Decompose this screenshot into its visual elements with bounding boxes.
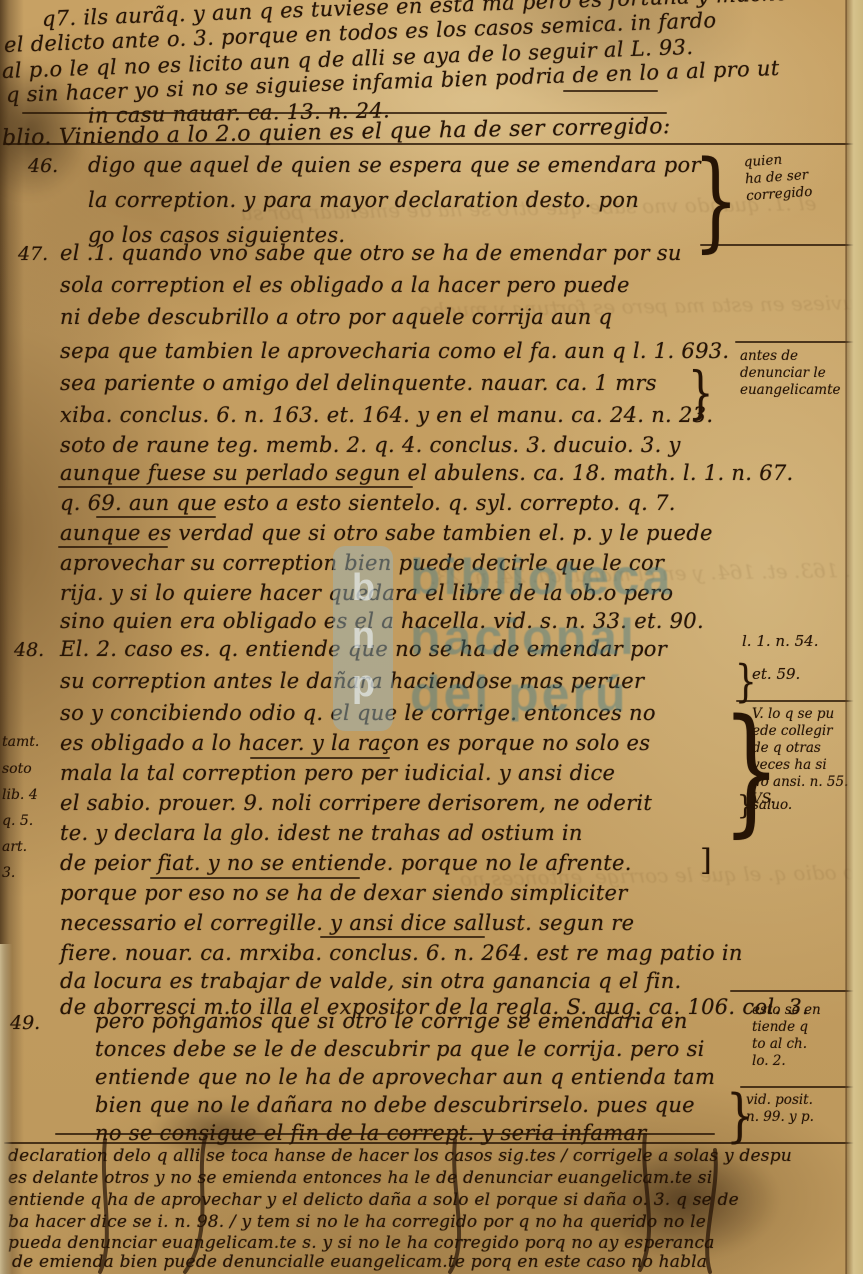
manuscript-line: q. 69. aun que esto a esto sientelo. q. …: [60, 490, 676, 516]
margin-rule: [740, 1086, 862, 1088]
margin-citation-left: soto lib. 4 q. 5. art. 3.: [2, 756, 38, 886]
underline: [22, 112, 667, 114]
manuscript-line: sepa que tambien le aprovecharia como el…: [60, 338, 729, 364]
margin-bracket: ]: [700, 846, 712, 876]
margin-note: vid. posit. n. 99. y p.: [746, 1092, 814, 1126]
manuscript-line: es obligado a lo hacer. y la raçon es po…: [60, 730, 650, 756]
margin-note-left: tamt.: [2, 734, 39, 751]
manuscript-line: sino quien era obligado es el a hacella.…: [60, 608, 704, 634]
paragraph-number: 46.: [28, 155, 58, 177]
manuscript-line: mala la tal correption pero per iudicial…: [60, 760, 615, 786]
page-edge: [0, 944, 12, 1274]
manuscript-line: El. 2. caso es. q. entiende que no se ha…: [60, 636, 667, 662]
manuscript-line: ni debe descubrillo a otro por aquele co…: [60, 304, 612, 330]
manuscript-line: su correption antes le dañara haciendose…: [60, 668, 644, 694]
manuscript-line: la correption. y para mayor declaration …: [88, 187, 639, 213]
addendum-line: es delante otros y no se emienda entonce…: [8, 1168, 712, 1188]
paragraph-number: 49.: [10, 1012, 40, 1034]
manuscript-line: tonces debe se le de descubrir pa que le…: [95, 1036, 705, 1062]
page-edge: [846, 0, 863, 1274]
manuscript-page: el .1. quando vno sabe que otro se ha de…: [0, 0, 863, 1274]
manuscript-line: aunque fuese su perlado segun el abulens…: [60, 460, 794, 486]
addendum-line: de emienda bien puede denuncialle euange…: [12, 1252, 707, 1272]
manuscript-line: fiere. nouar. ca. mrxiba. conclus. 6. n.…: [60, 940, 743, 966]
manuscript-line: te. y declara la glo. idest ne trahas ad…: [60, 820, 583, 846]
manuscript-line: bien que no le dañara no debe descubrirs…: [95, 1092, 695, 1118]
underline: [58, 486, 413, 488]
underline: [320, 936, 485, 938]
addendum-line: entiende q ha de aprovechar y el delicto…: [8, 1190, 739, 1210]
paragraph-number: 48.: [14, 639, 44, 661]
manuscript-line: pero pongamos que si otro le corrige se …: [95, 1008, 688, 1034]
paragraph-number: 47.: [18, 243, 48, 265]
margin-note: esto se en tiende q to al ch. lo. 2.: [752, 1002, 821, 1070]
manuscript-line: sola correption el es obligado a la hace…: [60, 272, 630, 298]
separator-rule: [4, 1142, 860, 1144]
underline: [250, 757, 390, 759]
page-crease: [845, 0, 847, 1274]
manuscript-line: de peior fiat. y no se entiende. porque …: [60, 850, 632, 876]
margin-citation: et. 59.: [752, 666, 800, 683]
manuscript-line: el sabio. prouer. 9. noli corripere deri…: [60, 790, 652, 816]
manuscript-line: necessario el corregille. y ansi dice sa…: [60, 910, 634, 936]
manuscript-line: soto de raune teg. memb. 2. q. 4. conclu…: [60, 432, 681, 458]
manuscript-line: sea pariente o amigo del delinquente. na…: [60, 370, 657, 396]
margin-brace: }: [693, 146, 739, 254]
manuscript-line: da locura es trabajar de valde, sin otra…: [60, 968, 682, 994]
underline: [563, 90, 658, 92]
margin-rule: [735, 341, 861, 343]
margin-note: saluo.: [752, 797, 792, 814]
addendum-line: declaration delo q alli se toca hanse de…: [8, 1146, 792, 1166]
manuscript-line: rija. y si lo quiere hacer quedara el li…: [60, 580, 673, 606]
margin-rule: [730, 990, 860, 992]
margin-rule: [700, 244, 860, 246]
margin-citation: l. 1. n. 54.: [742, 633, 818, 650]
underline: [96, 516, 216, 518]
manuscript-line: digo que aquel de quien se espera que se…: [88, 152, 701, 178]
separator-rule: [55, 1133, 715, 1135]
underline: [150, 877, 360, 879]
margin-brace: }: [688, 366, 713, 422]
manuscript-line: aunque es verdad que si otro sabe tambie…: [60, 520, 713, 546]
margin-note: antes de denunciar le euangelicamte: [740, 348, 841, 399]
margin-note: quien ha de ser corregido: [743, 150, 813, 206]
manuscript-line: el .1. quando vno sabe que otro se ha de…: [60, 240, 682, 266]
manuscript-line: xiba. conclus. 6. n. 163. et. 164. y en …: [60, 402, 713, 428]
manuscript-line: entiende que no le ha de aprovechar aun …: [95, 1064, 715, 1090]
underline: [58, 546, 168, 548]
manuscript-line: so y concibiendo odio q. el que le corri…: [60, 700, 656, 726]
manuscript-line: aprovechar su correption bien puede deci…: [60, 550, 664, 576]
addendum-line: pueda denunciar euangelicam.te s. y si n…: [8, 1233, 715, 1253]
manuscript-line: porque por eso no se ha de dexar siendo …: [60, 880, 628, 906]
addendum-line: ba hacer dice se i. n. 98. / y tem si no…: [8, 1212, 706, 1232]
